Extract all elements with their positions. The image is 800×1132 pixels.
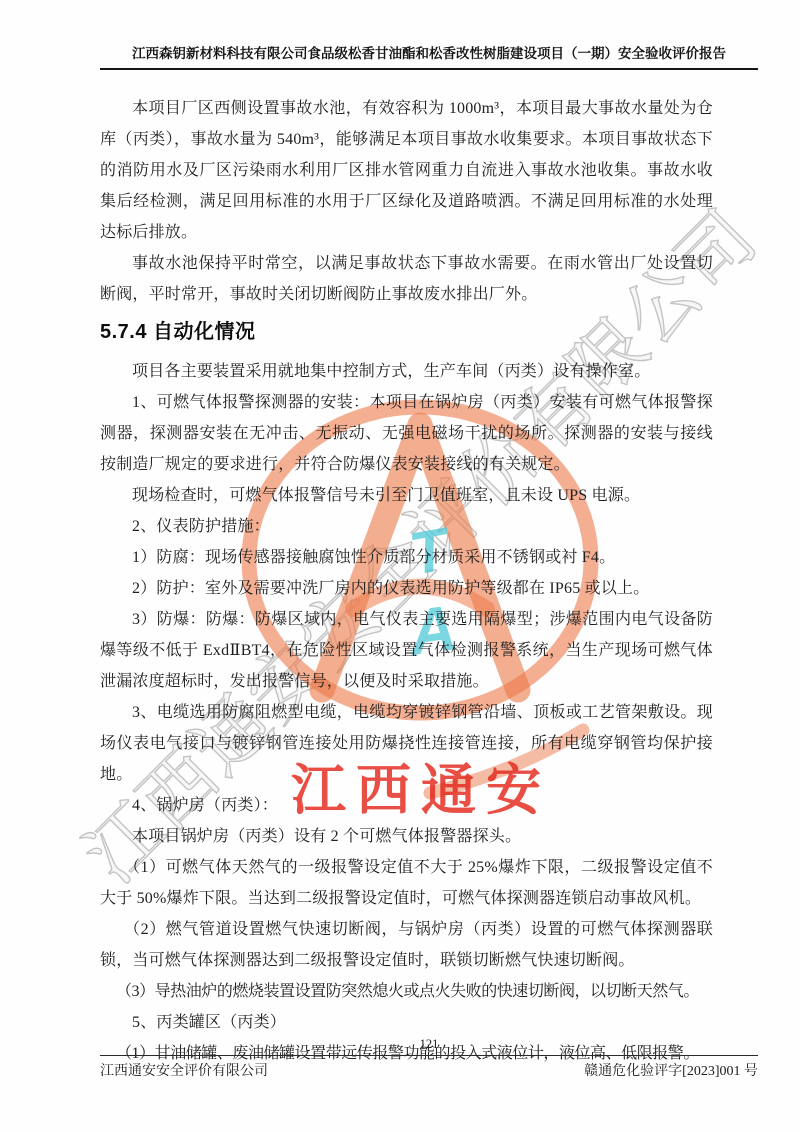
- paragraph: 1、可燃气体报警探测器的安装：本项目在锅炉房（丙类）安装有可燃气体报警探测器，探…: [100, 387, 713, 480]
- report-title: 江西森钥新材料科技有限公司食品级松香甘油酯和松香改性树脂建设项目（一期）安全验收…: [100, 44, 758, 64]
- paragraph: 本项目厂区西侧设置事故水池，有效容积为 1000m³，本项目最大事故水量处为仓库…: [100, 93, 713, 248]
- paragraph: 2、仪表防护措施：: [100, 511, 713, 542]
- footer-doc-number: 赣通危化验评字[2023]001 号: [584, 1060, 758, 1080]
- paragraph: 2）防护：室外及需要冲洗厂房内的仪表选用防护等级都在 IP65 或以上。: [100, 573, 713, 604]
- paragraph: （2）燃气管道设置燃气快速切断阀，与锅炉房（丙类）设置的可燃气体探测器联锁，当可…: [100, 914, 713, 976]
- paragraph: 项目各主要装置采用就地集中控制方式，生产车间（丙类）设有操作室。: [100, 356, 713, 387]
- paragraph: （3）导热油炉的燃烧装置设置防突然熄火或点火失败的快速切断阀，以切断天然气。: [100, 976, 713, 1007]
- header-rule: [100, 68, 758, 70]
- report-page: 江西通安安全评价有限公司 T A 江西通安 江西森钥新材料科技有限公司食品级松香…: [0, 0, 800, 1132]
- paragraph: （1）可燃气体天然气的一级报警设定值不大于 25%爆炸下限，二级报警设定值不大于…: [100, 852, 713, 914]
- page-header: 江西森钥新材料科技有限公司食品级松香甘油酯和松香改性树脂建设项目（一期）安全验收…: [100, 44, 758, 70]
- page-footer: 江西通安安全评价有限公司 赣通危化验评字[2023]001 号: [100, 1055, 758, 1080]
- footer-company: 江西通安安全评价有限公司: [100, 1060, 268, 1080]
- paragraph: 3、电缆选用防腐阻燃型电缆，电缆均穿镀锌钢管沿墙、顶板或工艺管架敷设。现场仪表电…: [100, 697, 713, 790]
- paragraph: 本项目锅炉房（丙类）设有 2 个可燃气体报警器探头。: [100, 821, 713, 852]
- body-content: 本项目厂区西侧设置事故水池，有效容积为 1000m³，本项目最大事故水量处为仓库…: [100, 93, 713, 1069]
- paragraph: 5、丙类罐区（丙类）: [100, 1007, 713, 1038]
- paragraph: 3）防爆：防爆：防爆区域内，电气仪表主要选用隔爆型；涉爆范围内电气设备防爆等级不…: [100, 604, 713, 697]
- paragraph: 现场检查时，可燃气体报警信号未引至门卫值班室，且未设 UPS 电源。: [100, 480, 713, 511]
- paragraph: 事故水池保持平时常空，以满足事故状态下事故水需要。在雨水管出厂处设置切断阀，平时…: [100, 248, 713, 310]
- page-number: 121: [100, 1037, 758, 1052]
- section-heading: 5.7.4 自动化情况: [100, 316, 713, 349]
- paragraph: 4、锅炉房（丙类）：: [100, 790, 713, 821]
- paragraph: 1）防腐：现场传感器接触腐蚀性介质部分材质采用不锈钢或衬 F4。: [100, 542, 713, 573]
